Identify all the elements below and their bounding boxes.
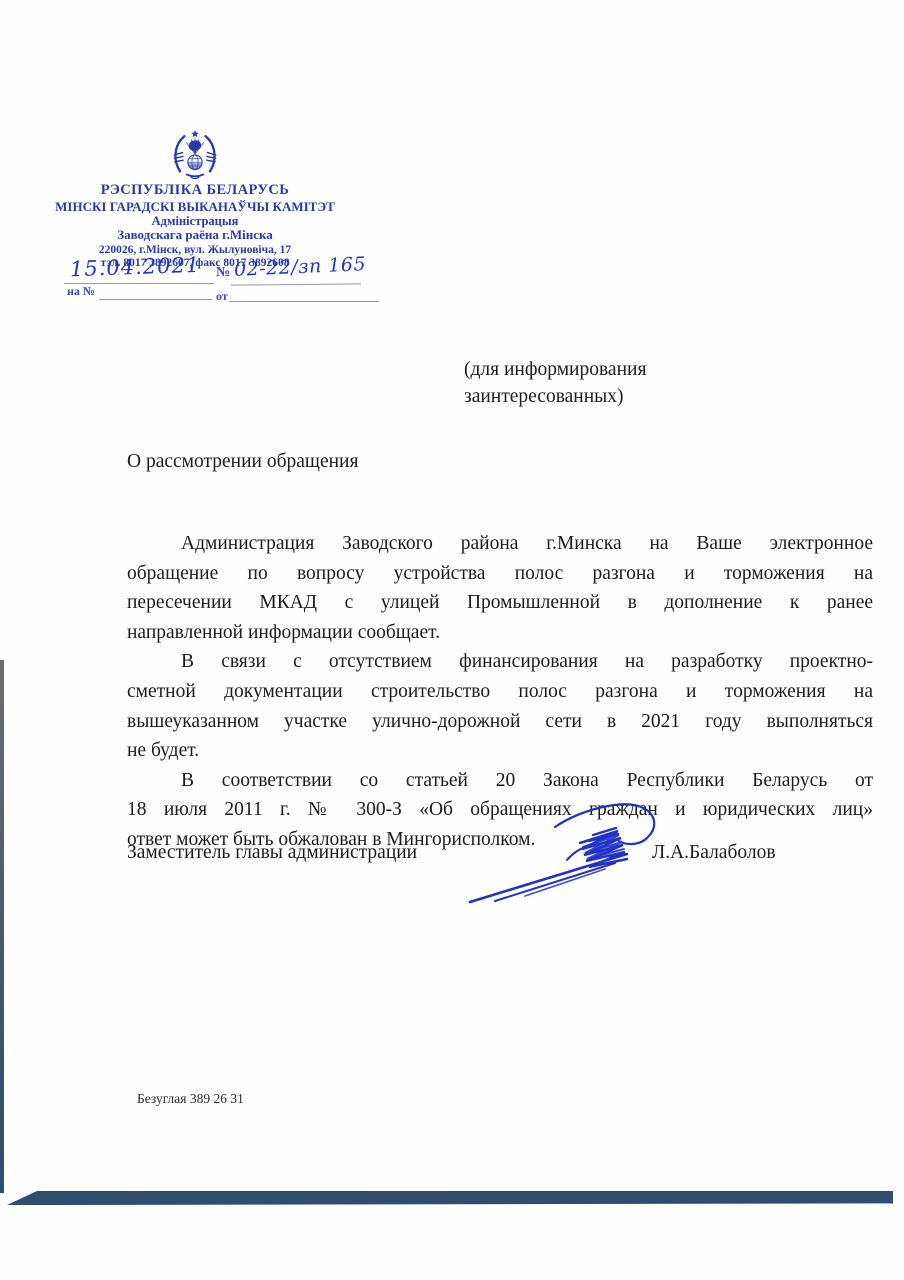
- body-line: обращение по вопросу устройства полос ра…: [127, 559, 873, 589]
- letterhead-country: РЭСПУБЛІКА БЕЛАРУСЬ: [30, 183, 360, 198]
- body-line: не будет.: [127, 736, 873, 766]
- number-underline: [231, 283, 361, 285]
- recipient-note: (для информирования заинтересованных): [464, 356, 722, 410]
- signer-position-title: Заместитель главы администрации: [127, 842, 417, 864]
- body-line: сметной документации строительство полос…: [127, 677, 873, 707]
- scan-bottom-edge-artifact: [7, 1191, 893, 1205]
- incoming-number-label: на №: [67, 284, 95, 299]
- number-sign-label: №: [216, 265, 230, 281]
- letterhead-committee: МІНСКІ ГАРАДСКІ ВЫКАНАЎЧЫ КАМІТЭТ: [30, 200, 360, 214]
- from-date-label: от: [216, 289, 228, 304]
- letterhead: РЭСПУБЛІКА БЕЛАРУСЬ МІНСКІ ГАРАДСКІ ВЫКА…: [30, 129, 360, 269]
- scanned-letter-page: РЭСПУБЛІКА БЕЛАРУСЬ МІНСКІ ГАРАДСКІ ВЫКА…: [0, 0, 904, 1280]
- letterhead-district: Заводскага раёна г.Мінска: [30, 228, 360, 242]
- handwritten-signature: [455, 797, 665, 909]
- body-line: вышеуказанном участке улично-дорожной се…: [127, 707, 873, 737]
- handwritten-outgoing-number: 02-22/зп 165: [234, 253, 367, 281]
- body-line: Администрация Заводского района г.Минска…: [127, 529, 873, 559]
- executor-contact: Безуглая 389 26 31: [137, 1091, 244, 1107]
- body-line: пересечении МКАД с улицей Промышленной в…: [127, 588, 873, 618]
- belarus-coat-of-arms-icon: [171, 129, 219, 179]
- subject-line: О рассмотрении обращения: [127, 451, 358, 473]
- signer-name: Л.А.Балаболов: [652, 842, 776, 864]
- body-line: направленной информации сообщает.: [127, 618, 873, 648]
- from-date-underline: [229, 301, 379, 302]
- incoming-number-underline: [99, 299, 212, 300]
- body-line: В связи с отсутствием финансирования на …: [127, 647, 873, 677]
- body-line: В соответствии со статьей 20 Закона Респ…: [127, 766, 873, 796]
- scan-left-edge-artifact: [0, 660, 4, 1193]
- handwritten-date: 15.04.2021: [70, 253, 201, 282]
